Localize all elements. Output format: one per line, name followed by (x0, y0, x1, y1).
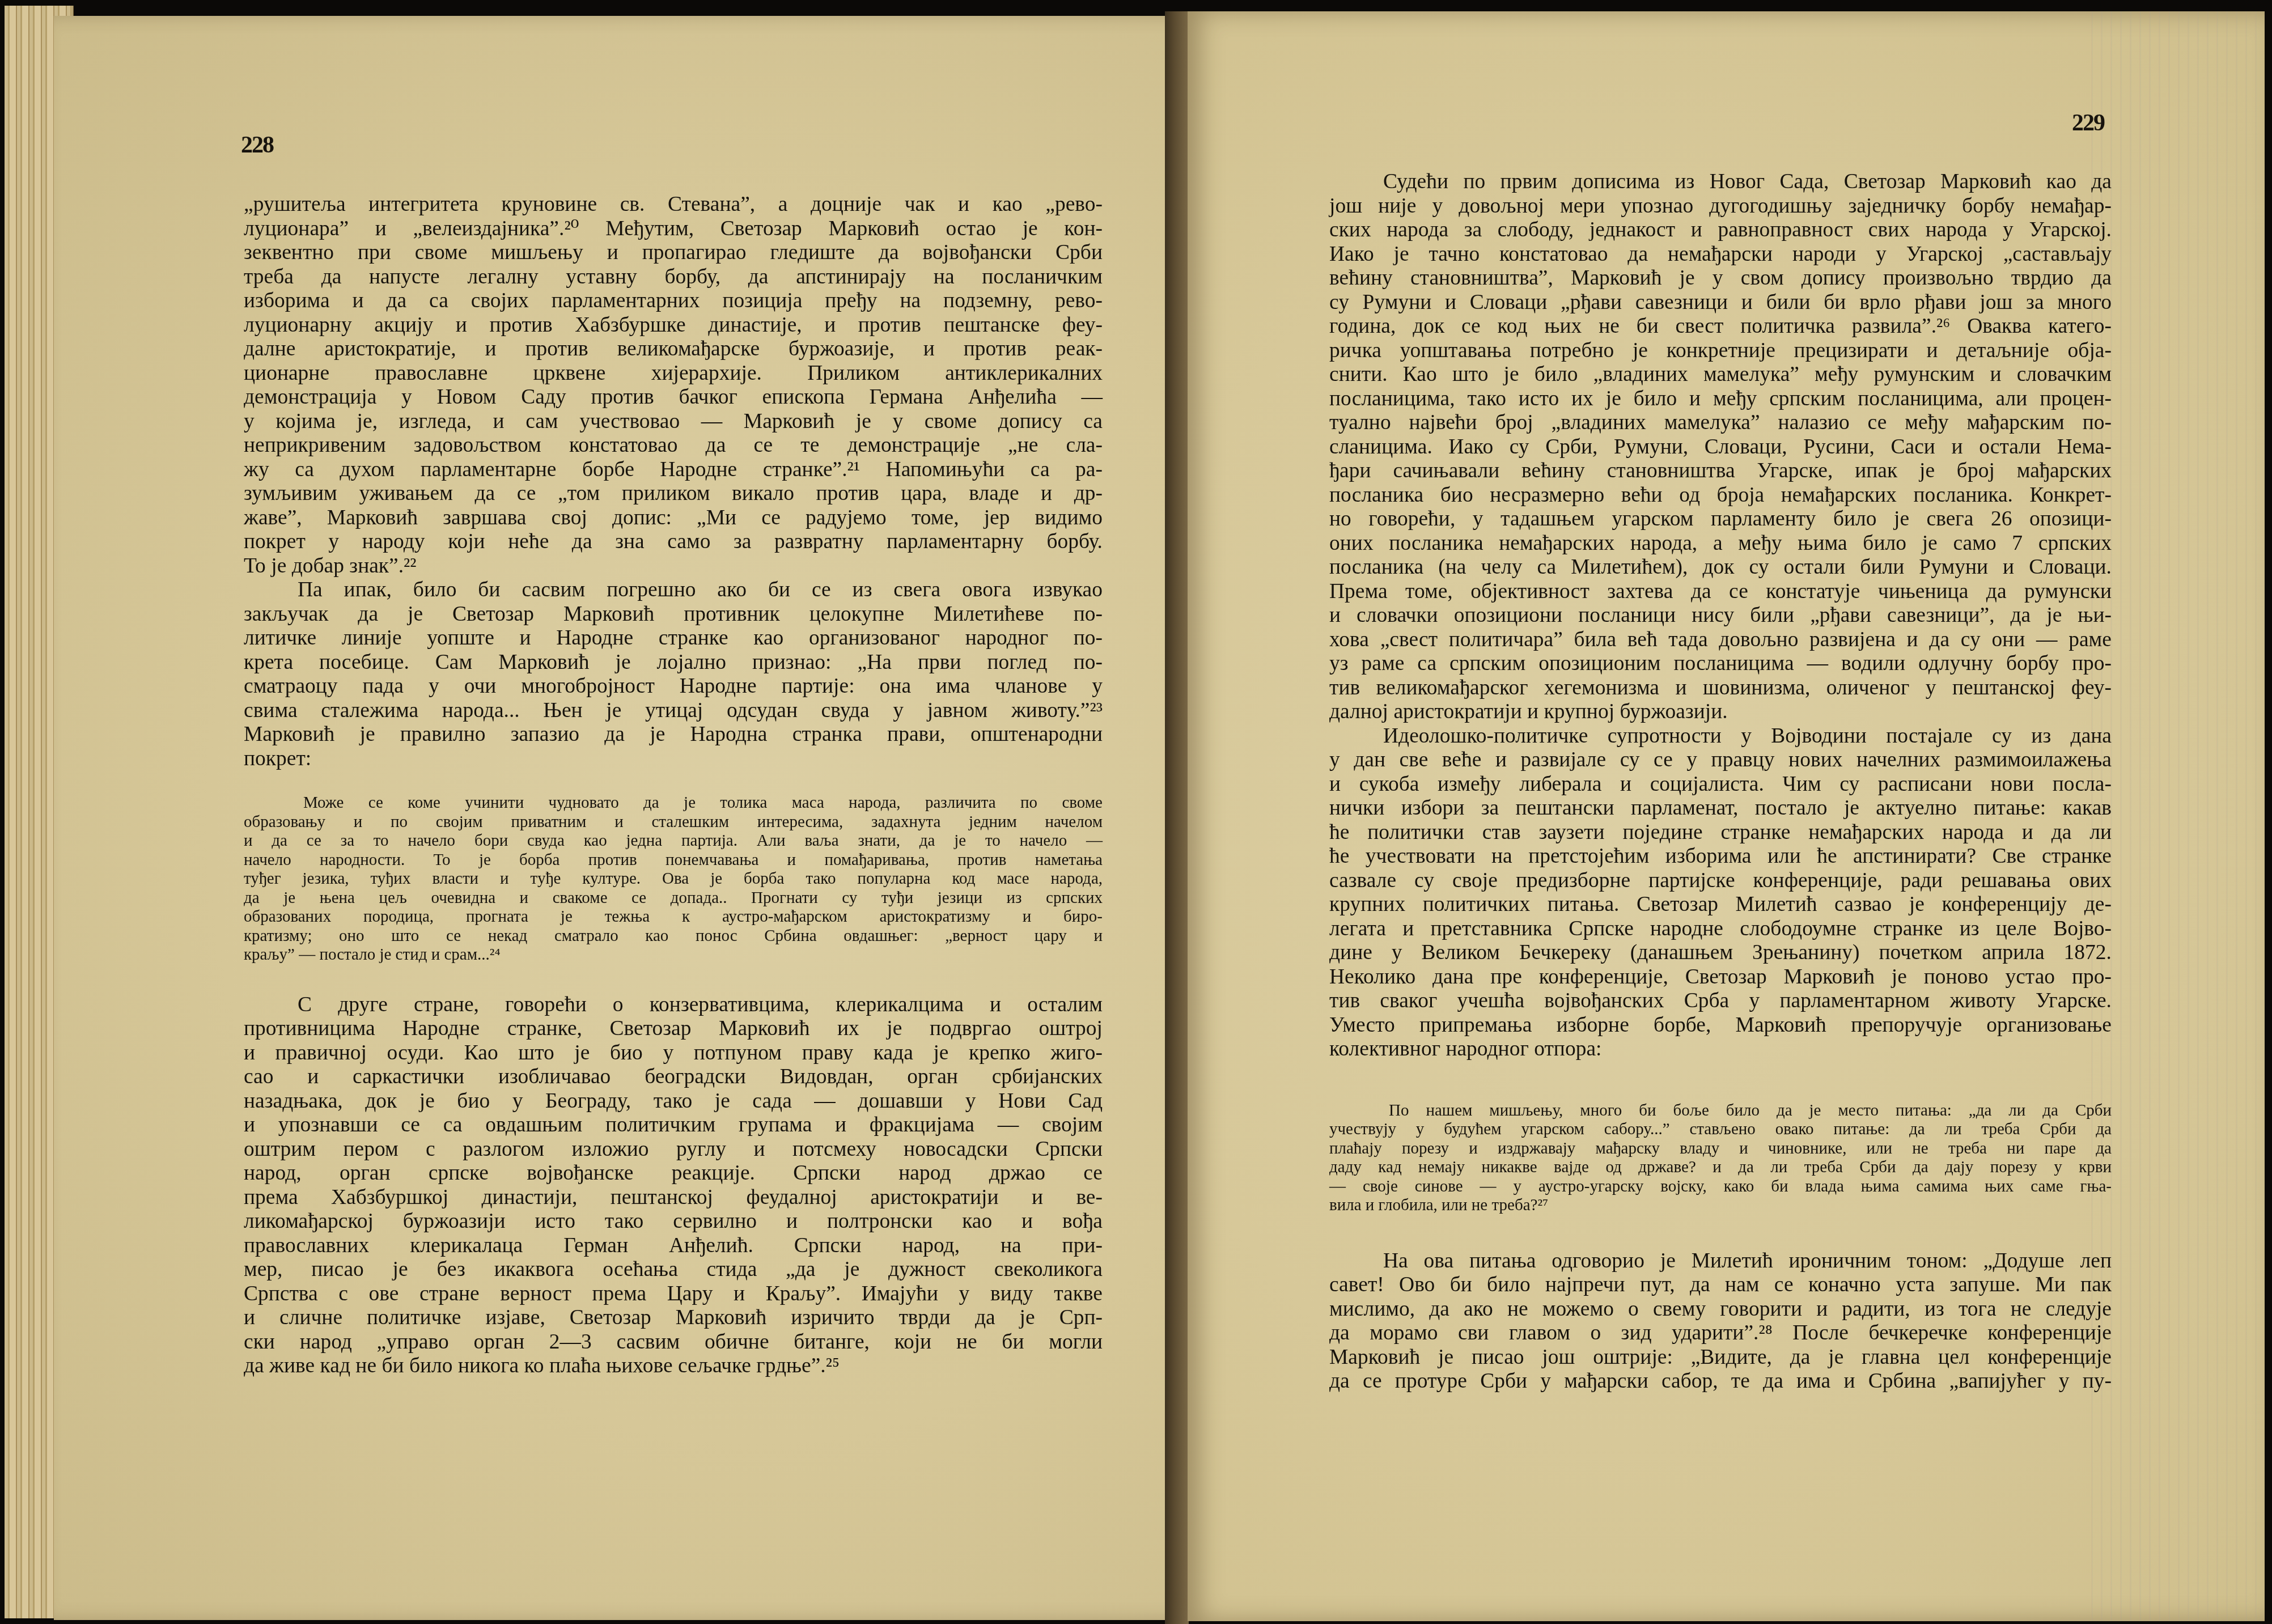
text-line: да се протуре Срби у мађарски сабор, те … (1329, 1369, 2112, 1394)
text-line: Иако је тачно констатовао да немађарски … (1329, 243, 2112, 267)
text-line: покрет у народу који неће да зна само за… (244, 530, 1103, 554)
text-line: Идеолошко-политичке супротности у Војвод… (1329, 724, 2112, 749)
text-line: оних посланика немађарских народа, а међ… (1329, 532, 2112, 556)
text-line: према Хабзбуршкој династији, пештанској … (244, 1186, 1103, 1210)
left-closing-paragraph: С друге стране, говорећи о конзервативци… (244, 993, 1103, 1379)
text-line: ће политички став заузети поједине стран… (1329, 821, 2112, 845)
quote-line: — своје синове — у аустро-угарску војску… (1329, 1177, 2112, 1197)
text-line: ђари сачињавали већину становништва Угар… (1329, 459, 2112, 484)
text-line: Уместо припремања изборне борбе, Маркови… (1329, 1014, 2112, 1038)
text-line: тив великомађарског хегемонизма и шовини… (1329, 676, 2112, 701)
open-book-spread: 228 229 „рушитеља интегритета круновине … (0, 0, 2272, 1624)
text-line: противницима Народне странке, Светозар М… (244, 1017, 1103, 1041)
text-line: да живе кад не би било никога ко плаћа њ… (244, 1354, 1103, 1379)
text-line: неприкривеним задовољством констатовао д… (244, 434, 1103, 458)
text-line: ских народа за слободу, једнакост и равн… (1329, 218, 2112, 243)
text-line: закључак да је Светозар Марковић противн… (244, 603, 1103, 627)
text-line: Марковић је писао још оштрије: „Видите, … (1329, 1346, 2112, 1370)
text-line: у којима је, изгледа, и сам учествовао —… (244, 410, 1103, 434)
block-quote-right: По нашем мишљењу, много би боље било да … (1329, 1101, 2112, 1215)
text-line: да морамо сви главом о зид ударити”.²⁸ П… (1329, 1321, 2112, 1346)
text-line: туално највећи број „владиних мамелука” … (1329, 411, 2112, 435)
text-line: „рушитеља интегритета круновине св. Стев… (244, 193, 1103, 217)
text-line: назадњака, док је био у Београду, тако ј… (244, 1089, 1103, 1114)
quote-line: вила и глобила, или не треба?²⁷ (1329, 1196, 2112, 1215)
text-line: литичке линије уопште и Народне странке … (244, 626, 1103, 651)
text-line: и сличне политичке изјаве, Светозар Марк… (244, 1306, 1103, 1330)
quote-line: туђег језика, туђих власти и туђе култур… (244, 870, 1103, 889)
text-line: сао и саркастички изобличавао београдски… (244, 1065, 1103, 1089)
text-line: и сукоба између либерала и социјалиста. … (1329, 773, 2112, 797)
text-line: колективног народног отпора: (1329, 1037, 2112, 1062)
text-line: и словачки опозициони посланици нису бил… (1329, 604, 2112, 628)
text-line: луционарну акцију и против Хабзбуршке ди… (244, 313, 1103, 338)
text-line: сазвале су своје предизборне партијске к… (1329, 869, 2112, 893)
quote-line: да је њена цељ очевидна и свакоме се доп… (244, 889, 1103, 908)
text-line: снити. Као што је било „владиних мамелук… (1329, 363, 2112, 387)
quote-line: плаћају порезу и издржавају мађарску вла… (1329, 1139, 2112, 1159)
text-line: у дан све веће и развијале су се у правц… (1329, 748, 2112, 773)
text-line: посланика био несразмерно већи од броја … (1329, 484, 2112, 508)
text-line: и правичној осуди. Као што је био у потп… (244, 1041, 1103, 1066)
text-line: ричка уопштавања потребно је конкретније… (1329, 339, 2112, 363)
text-line: народ, орган српске војвођанске реакције… (244, 1161, 1103, 1186)
text-line: сланицима. Иако су Срби, Румуни, Словаци… (1329, 435, 2112, 460)
quote-line: начело народности. То је борба против по… (244, 851, 1103, 870)
text-line: већину становништва”, Марковић је у свом… (1329, 266, 2112, 291)
text-line: ће учествовати на претстојећим изборима … (1329, 845, 2112, 869)
page-number-right: 229 (2072, 109, 2104, 137)
text-line: ционарне православне црквене хијерархије… (244, 362, 1103, 386)
text-line: На ова питања одговорио је Милетић ирони… (1329, 1249, 2112, 1274)
right-closing-paragraph: На ова питања одговорио је Милетић ирони… (1329, 1249, 2112, 1394)
text-line: хова „свест политичара” била већ тада до… (1329, 628, 2112, 652)
quote-line: учествују у будућем угарском сабору...” … (1329, 1120, 2112, 1139)
text-line: демонстрација у Новом Саду против бачког… (244, 385, 1103, 410)
text-line: свима сталежима народа... Њен је утицај … (244, 699, 1103, 723)
block-quote-left: Може се коме учинити чудновато да је тол… (244, 794, 1103, 965)
text-line: савет! Ово би било најпречи пут, да нам … (1329, 1273, 2112, 1297)
left-page-body: „рушитеља интегритета круновине св. Стев… (244, 193, 1103, 1379)
text-line: легата и претставника Српске народне сло… (1329, 917, 2112, 942)
text-line: дине у Великом Бечкереку (данашњем Зрења… (1329, 941, 2112, 965)
quote-line: образовању и по својим приватним и стале… (244, 813, 1103, 832)
text-line: Судећи по првим дописима из Новог Сада, … (1329, 170, 2112, 194)
quote-line: Може се коме учинити чудновато да је тол… (244, 794, 1103, 813)
text-line: крупних политичких питања. Светозар Миле… (1329, 893, 2112, 917)
text-line: уз раме са српским опозиционим посланици… (1329, 652, 2112, 676)
quote-line: кратизму; оно што се некад сматрало као … (244, 927, 1103, 946)
text-line: још није у довољној мери упознао дугогод… (1329, 194, 2112, 219)
book-gutter (1165, 11, 1189, 1624)
text-line: Марковић је правилно запазио да је Народ… (244, 723, 1103, 747)
text-line: мер, писао је без икаквога осећања стида… (244, 1258, 1103, 1282)
text-line: сматраоцу пада у очи многобројност Народ… (244, 675, 1103, 699)
text-line: мислимо, да ако не можемо о свему говори… (1329, 1297, 2112, 1322)
right-paragraphs: Судећи по првим дописима из Новог Сада, … (1329, 170, 2112, 1062)
text-line: но говорећи, у тадашњем угарском парламе… (1329, 507, 2112, 532)
right-page-body: Судећи по првим дописима из Новог Сада, … (1329, 170, 2112, 1394)
quote-line: образованих породица, прогната је тежња … (244, 908, 1103, 927)
text-line: оштрим пером с разлогом изложио руглу и … (244, 1138, 1103, 1162)
text-line: тив сваког учешћа војвођанских Срба у па… (1329, 989, 2112, 1014)
text-line: далне аристократије, и против великомађа… (244, 337, 1103, 362)
text-line: зеквентно при своме мишљењу и пропагирао… (244, 241, 1103, 265)
text-line: ски народ „управо орган 2—3 сасвим обичн… (244, 1330, 1103, 1355)
text-line: нички избори за пештански парламенат, по… (1329, 796, 2112, 821)
quote-line: краљу” — постало је стид и срам...²⁴ (244, 945, 1103, 965)
quote-line: даду кад немају никакве вајде од државе?… (1329, 1158, 2112, 1177)
quote-line: По нашем мишљењу, много би боље било да … (1329, 1101, 2112, 1121)
text-line: Неколико дана пре конференције, Светозар… (1329, 965, 2112, 990)
text-line: Српства с ове стране верност према Цару … (244, 1282, 1103, 1307)
text-line: ликомађарској буржоазији исто тако серви… (244, 1210, 1103, 1234)
text-line: жаве”, Марковић завршава свој допис: „Ми… (244, 506, 1103, 531)
text-line: посланика (на челу са Милетићем), док су… (1329, 556, 2112, 580)
text-line: Према томе, објективност захтева да се к… (1329, 580, 2112, 604)
text-line: жу са духом парламентарне борбе Народне … (244, 458, 1103, 482)
text-line: су Румуни и Словаци „рђави савезници и б… (1329, 291, 2112, 315)
text-line: и упознавши се са овдашњим политичким гр… (244, 1113, 1103, 1138)
text-line: крета посебице. Сам Марковић је лојално … (244, 651, 1103, 675)
text-line: година, док се код њих не би свест полит… (1329, 315, 2112, 339)
quote-line: и да се за то начело бори свуда као једн… (244, 832, 1103, 851)
text-line: С друге стране, говорећи о конзервативци… (244, 993, 1103, 1017)
text-line: православних клерикалаца Герман Анђелић.… (244, 1234, 1103, 1258)
page-number-left: 228 (241, 132, 273, 159)
text-line: То је добар знак”.²² (244, 554, 1103, 579)
text-line: покрет: (244, 747, 1103, 771)
left-paragraphs: „рушитеља интегритета круновине св. Стев… (244, 193, 1103, 771)
text-line: изборима и да са својих парламентарних п… (244, 289, 1103, 313)
text-line: Па ипак, било би сасвим погрешно ако би … (244, 578, 1103, 603)
text-line: треба да напусте легалну уставну борбу, … (244, 265, 1103, 290)
text-line: далној аристократији и крупној буржоазиј… (1329, 700, 2112, 724)
text-line: зумљивим уживањем да се „том приликом ви… (244, 482, 1103, 506)
text-line: посланицима, тако исто их је било и међу… (1329, 387, 2112, 412)
text-line: луционара” и „велеиздајника”.²⁰ Међутим,… (244, 217, 1103, 241)
